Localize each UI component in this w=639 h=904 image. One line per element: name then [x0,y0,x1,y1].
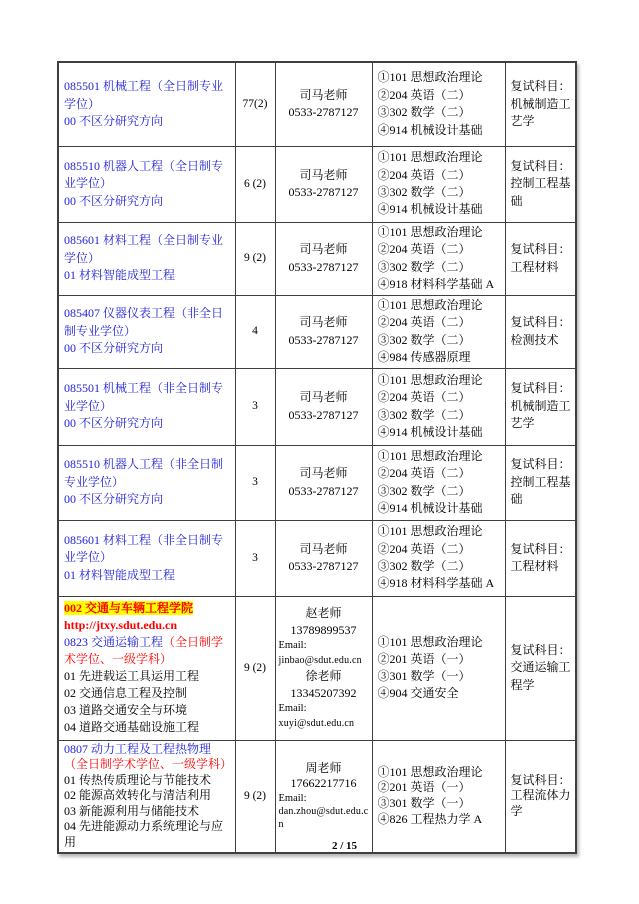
research-direction-text: 02 交通信息工程及控制 [64,686,187,700]
retest-label: 复试科目： [511,456,572,473]
exam-subject: ②204 英语（二） [378,241,501,258]
contact-phone: 0533-2787127 [279,259,369,276]
exam-subject: ③302 数学（二） [378,332,501,349]
exam-subject: ④826 工程热力学 A [378,812,501,828]
table-row: 0807 动力工程及工程热物理（全日制学术学位、一级学科）01 传热传质理论与节… [58,740,576,853]
quota-cell: 6 (2) [235,146,275,222]
exam-subject: ②204 英语（二） [378,389,501,406]
exam-subject: ②204 英语（二） [378,541,501,558]
retest-label: 复试科目： [511,314,572,331]
contact-cell: 司马老师0533-2787127 [275,222,372,295]
retest-cell: 复试科目：交通运输工程学 [505,596,576,740]
program-link[interactable]: 00 不区分研究方向 [64,194,163,208]
retest-label: 复试科目： [511,78,572,95]
exam-subjects-cell: ①101 思想政治理论②204 英语（二）③302 数学（二）④918 材料科学… [372,520,505,596]
contact-cell: 司马老师0533-2787127 [275,368,372,445]
exam-subject: ③302 数学（二） [378,184,501,201]
table-row: 085601 材料工程（非全日制专业学位）01 材料智能成型工程3司马老师053… [58,520,576,596]
contact-cell: 司马老师0533-2787127 [275,445,372,520]
retest-subject: 控制工程基础 [511,474,572,509]
exam-subject: ②204 英语（二） [378,314,501,331]
exam-subject: ③302 数学（二） [378,259,501,276]
exam-subject: ②204 英语（二） [378,87,501,104]
contact-phone: 17662217716 [279,776,369,792]
retest-cell: 复试科目：控制工程基础 [505,445,576,520]
program-link[interactable]: 085501 机械工程（全日制专业学位） [64,79,223,110]
exam-subject: ④904 交通安全 [378,685,501,702]
exam-subjects-cell: ①101 思想政治理论②204 英语（二）③302 数学（二）④914 机械设计… [372,146,505,222]
exam-subject: ③301 数学（一） [378,668,501,685]
program-link[interactable]: 00 不区分研究方向 [64,341,163,355]
retest-cell: 复试科目：工程材料 [505,520,576,596]
program-link[interactable]: 01 材料智能成型工程 [64,568,175,582]
retest-cell: 复试科目：检测技术 [505,295,576,368]
contact-name: 司马老师 [279,87,369,104]
exam-subjects-cell: ①101 思想政治理论②201 英语（一）③301 数学（一）④904 交通安全 [372,596,505,740]
table-row: 085601 材料工程（全日制专业学位）01 材料智能成型工程9 (2)司马老师… [58,222,576,295]
research-direction-text: 01 传热传质理论与节能技术 [64,773,211,787]
program-link[interactable]: 085601 材料工程（非全日制专业学位） [64,533,223,564]
program-cell: 085601 材料工程（全日制专业学位）01 材料智能成型工程 [58,222,235,295]
exam-subjects-cell: ①101 思想政治理论②204 英语（二）③302 数学（二）④914 机械设计… [372,62,505,146]
retest-subject: 机械制造工艺学 [511,96,572,131]
contact-cell: 赵老师13789899537Email:jinbao@sdut.edu.cn徐老… [275,596,372,740]
email-address: dan.zhou@sdut.edu.cn [279,805,369,831]
contact-phone: 0533-2787127 [279,483,369,500]
table-row: 085510 机器人工程（全日制专业学位）00 不区分研究方向6 (2)司马老师… [58,146,576,222]
contact-name: 司马老师 [279,541,369,558]
exam-subject: ①101 思想政治理论 [378,372,501,389]
research-direction-text: 03 道路交通安全与环境 [64,703,187,717]
email-label: Email: [279,639,369,654]
email-address: xuyi@sdut.edu.cn [279,717,369,731]
program-link[interactable]: 00 不区分研究方向 [64,416,163,430]
quota-cell: 4 [235,295,275,368]
exam-subject: ①101 思想政治理论 [378,69,501,86]
contact-cell: 司马老师0533-2787127 [275,295,372,368]
email-label: Email: [279,792,369,806]
retest-cell: 复试科目：控制工程基础 [505,146,576,222]
program-cell: 085501 机械工程（非全日制专业学位）00 不区分研究方向 [58,368,235,445]
exam-subject: ③301 数学（一） [378,796,501,812]
degree-type-text: （全日制学术学位、一级学科） [64,757,232,771]
exam-subjects-cell: ①101 思想政治理论②204 英语（二）③302 数学（二）④914 机械设计… [372,368,505,445]
email-address: jinbao@sdut.edu.cn [279,654,369,668]
contact-cell: 周老师17662217716Email:dan.zhou@sdut.edu.cn [275,740,372,853]
college-title: 002 交通与车辆工程学院 [64,601,193,615]
retest-cell: 复试科目：工程流体力学 [505,740,576,853]
admissions-table-body: 085501 机械工程（全日制专业学位）00 不区分研究方向77(2)司马老师0… [58,62,576,853]
retest-subject: 控制工程基础 [511,175,572,210]
contact-phone: 13345207392 [279,685,369,702]
college-url-link[interactable]: http://jtxy.sdut.edu.cn [64,618,177,632]
table-row: 002 交通与车辆工程学院http://jtxy.sdut.edu.cn0823… [58,596,576,740]
contact-phone: 0533-2787127 [279,104,369,121]
program-link[interactable]: 085601 材料工程（全日制专业学位） [64,233,223,264]
contact-phone: 0533-2787127 [279,184,369,201]
contact-name: 徐老师 [279,668,369,685]
quota-cell: 9 (2) [235,740,275,853]
research-direction-text: 01 先进载运工具运用工程 [64,669,199,683]
program-link[interactable]: 0823 交通运输工程 [64,635,163,649]
exam-subject: ④918 材料科学基础 A [378,575,501,592]
exam-subject: ①101 思想政治理论 [378,448,501,465]
retest-label: 复试科目： [511,380,572,397]
contact-phone: 0533-2787127 [279,407,369,424]
exam-subject: ①101 思想政治理论 [378,634,501,651]
program-cell: 085510 机器人工程（非全日制专业学位）00 不区分研究方向 [58,445,235,520]
contact-phone: 13789899537 [279,622,369,639]
exam-subject: ②204 英语（二） [378,465,501,482]
exam-subject: ①101 思想政治理论 [378,297,501,314]
program-cell: 085510 机器人工程（全日制专业学位）00 不区分研究方向 [58,146,235,222]
exam-subject: ①101 思想政治理论 [378,523,501,540]
program-cell: 085501 机械工程（全日制专业学位）00 不区分研究方向 [58,62,235,146]
exam-subject: ③302 数学（二） [378,483,501,500]
exam-subject: ①101 思想政治理论 [378,224,501,241]
retest-subject: 工程材料 [511,259,572,276]
program-link[interactable]: 085510 机器人工程（全日制专业学位） [64,159,223,190]
research-direction-text: 03 新能源利用与储能技术 [64,804,199,818]
retest-label: 复试科目： [511,541,572,558]
retest-subject: 检测技术 [511,332,572,349]
program-link[interactable]: 0807 动力工程及工程热物理 [64,742,211,756]
contact-name: 司马老师 [279,389,369,406]
contact-cell: 司马老师0533-2787127 [275,62,372,146]
program-link[interactable]: 085407 仪器仪表工程（非全日制专业学位） [64,306,223,337]
program-cell: 085601 材料工程（非全日制专业学位）01 材料智能成型工程 [58,520,235,596]
exam-subject: ①101 思想政治理论 [378,149,501,166]
exam-subject: ①101 思想政治理论 [378,765,501,781]
contact-name: 司马老师 [279,465,369,482]
retest-cell: 复试科目：机械制造工艺学 [505,368,576,445]
quota-cell: 3 [235,368,275,445]
table-row: 085407 仪器仪表工程（非全日制专业学位）00 不区分研究方向4司马老师05… [58,295,576,368]
retest-subject: 机械制造工艺学 [511,398,572,433]
quota-cell: 77(2) [235,62,275,146]
exam-subject: ④914 机械设计基础 [378,122,501,139]
program-cell: 0807 动力工程及工程热物理（全日制学术学位、一级学科）01 传热传质理论与节… [58,740,235,853]
retest-subject: 工程流体力学 [511,788,572,819]
exam-subjects-cell: ①101 思想政治理论②204 英语（二）③302 数学（二）④918 材料科学… [372,222,505,295]
exam-subject: ③302 数学（二） [378,104,501,121]
exam-subjects-cell: ①101 思想政治理论②204 英语（二）③302 数学（二）④914 机械设计… [372,445,505,520]
exam-subjects-cell: ①101 思想政治理论②204 英语（二）③302 数学（二）④984 传感器原… [372,295,505,368]
exam-subjects-cell: ①101 思想政治理论②201 英语（一）③301 数学（一）④826 工程热力… [372,740,505,853]
quota-cell: 3 [235,520,275,596]
table-row: 085510 机器人工程（非全日制专业学位）00 不区分研究方向3司马老师053… [58,445,576,520]
exam-subject: ③302 数学（二） [378,558,501,575]
research-direction-text: 04 道路交通基础设施工程 [64,720,199,734]
retest-cell: 复试科目：机械制造工艺学 [505,62,576,146]
retest-cell: 复试科目：工程材料 [505,222,576,295]
contact-phone: 0533-2787127 [279,558,369,575]
table-row: 085501 机械工程（非全日制专业学位）00 不区分研究方向3司马老师0533… [58,368,576,445]
contact-cell: 司马老师0533-2787127 [275,520,372,596]
contact-cell: 司马老师0533-2787127 [275,146,372,222]
quota-cell: 9 (2) [235,222,275,295]
contact-name: 司马老师 [279,241,369,258]
program-cell: 002 交通与车辆工程学院http://jtxy.sdut.edu.cn0823… [58,596,235,740]
exam-subject: ④918 材料科学基础 A [378,276,501,293]
program-cell: 085407 仪器仪表工程（非全日制专业学位）00 不区分研究方向 [58,295,235,368]
retest-label: 复试科目： [511,773,572,789]
contact-phone: 0533-2787127 [279,332,369,349]
program-link[interactable]: 01 材料智能成型工程 [64,268,175,282]
retest-label: 复试科目： [511,642,572,659]
contact-name: 司马老师 [279,167,369,184]
exam-subject: ④914 机械设计基础 [378,201,501,218]
contact-name: 司马老师 [279,314,369,331]
exam-subject: ②201 英语（一） [378,651,501,668]
quota-cell: 3 [235,445,275,520]
email-label: Email: [279,702,369,717]
admissions-table: 085501 机械工程（全日制专业学位）00 不区分研究方向77(2)司马老师0… [57,61,577,854]
page-number: 2 / 15 [57,840,632,852]
retest-subject: 交通运输工程学 [511,659,572,693]
research-direction-text: 02 能源高效转化与清洁利用 [64,788,211,802]
exam-subject: ②204 英语（二） [378,167,501,184]
exam-subject: ③302 数学（二） [378,407,501,424]
exam-subject: ④914 机械设计基础 [378,500,501,517]
program-link[interactable]: 00 不区分研究方向 [64,492,163,506]
program-link[interactable]: 085501 机械工程（非全日制专业学位） [64,381,223,412]
exam-subject: ④984 传感器原理 [378,349,501,366]
quota-cell: 9 (2) [235,596,275,740]
retest-label: 复试科目： [511,241,572,258]
contact-name: 赵老师 [279,605,369,622]
retest-label: 复试科目： [511,158,572,175]
program-link[interactable]: 00 不区分研究方向 [64,114,163,128]
table-row: 085501 机械工程（全日制专业学位）00 不区分研究方向77(2)司马老师0… [58,62,576,146]
retest-subject: 工程材料 [511,558,572,575]
program-link[interactable]: 085510 机器人工程（非全日制专业学位） [64,457,223,488]
contact-name: 周老师 [279,761,369,777]
exam-subject: ②201 英语（一） [378,780,501,796]
exam-subject: ④914 机械设计基础 [378,424,501,441]
